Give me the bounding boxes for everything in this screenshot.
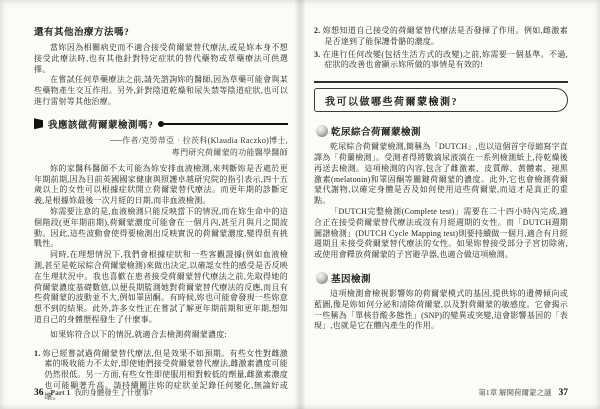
section-heading-box: 我可以做哪些荷爾蒙檢測?	[314, 88, 568, 112]
item-text: 妳想知道自己接受的荷爾蒙替代療法是否發揮了作用。例如,雌激素是否達到了能保護骨骼…	[323, 26, 568, 46]
sphere-bullet-icon	[316, 272, 328, 284]
paragraph: 同時,在理想情況下,我們會根據症狀和一些客觀證據(例如血液檢測,甚至是乾尿綜合荷…	[34, 250, 288, 326]
section-separator-rule	[314, 81, 568, 83]
heading-other-treatments: 還有其他治療方法嗎?	[34, 24, 288, 38]
paragraph: 這項檢測會檢視影響妳的荷爾蒙模式的基因,提供妳的遺傳傾向或藍圖,像是妳如何分泌和…	[314, 289, 568, 332]
paragraph: 妳需要注意的是,血液檢測只能反映當下的情況,而在妳生命中的這個階段(更年期前期)…	[34, 207, 288, 250]
subsection-genetic: 基因檢測 這項檢測會檢視影響妳的荷爾蒙模式的基因,提供妳的遺傳傾向或藍圖,像是妳…	[314, 271, 568, 332]
paragraph: 乾尿綜合荷爾蒙檢測,簡稱為「DUTCH」,也以這個首字母縮寫字直譯為「荷蘭檢測」…	[314, 142, 568, 207]
subsection-title-row: 乾尿綜合荷爾蒙檢測	[316, 124, 568, 138]
section-heading: 我應該做荷爾蒙檢測嗎?	[48, 117, 153, 131]
page-right: 2. 妳想知道自己接受的荷爾蒙替代療法是否發揮了作用。例如,雌激素是否達到了能保…	[300, 0, 600, 409]
item-text: 在進行任何改變(包括生活方式的改變)之前,妳需要一個基準。不過,症狀的改善也會顯…	[323, 50, 568, 70]
book-spread: 還有其他治療方法嗎? 當妳因為相關病史而不適合接受荷爾蒙替代療法,或是妳本身不想…	[0, 0, 600, 409]
page-number: 36	[34, 388, 44, 398]
paragraph: 「DUTCH完整檢測(Complete test)」需要在二十四小時內完成,適合…	[314, 207, 568, 261]
list-intro: 如果妳符合以下的情況,就適合去檢測荷爾蒙濃度:	[34, 330, 288, 341]
page-number: 37	[559, 388, 569, 398]
attribution-line: 專門研究荷爾蒙的功能醫學醫師	[34, 147, 288, 159]
page-left: 還有其他治療方法嗎? 當妳因為相關病史而不適合接受荷爾蒙替代療法,或是妳本身不想…	[0, 0, 300, 409]
author-attribution: ──作者/克勞蒂亞‧拉茨科(Klaudia Raczko)博士, 專門研究荷爾蒙…	[34, 135, 288, 159]
section-heading-row: 我應該做荷爾蒙檢測嗎?	[34, 117, 288, 131]
item-number: 1.	[34, 349, 40, 358]
item-number: 3.	[314, 50, 320, 59]
subsection-title-row: 基因檢測	[316, 271, 568, 285]
paragraph: 在嘗試任何草藥療法之前,請先諮詢妳的醫師,因為草藥可能會與某些藥物產生交互作用。…	[34, 75, 288, 107]
attribution-line: ──作者/克勞蒂亞‧拉茨科(Klaudia Raczko)博士,	[34, 135, 288, 147]
subsection-title: 乾尿綜合荷爾蒙檢測	[331, 124, 421, 138]
footer-section-title: 我的身體發生了什麼事?	[74, 387, 152, 398]
numbered-item: 2. 妳想知道自己接受的荷爾蒙替代療法是否發揮了作用。例如,雌激素是否達到了能保…	[314, 26, 568, 48]
item-number: 2.	[314, 26, 320, 35]
sphere-bullet-icon	[316, 125, 328, 137]
ribbon-marker-icon	[34, 118, 43, 129]
paragraph: 妳的家醫科醫師不太可能為妳安排血液檢測,來判斷妳是否處於更年期前期,因為目前英國…	[34, 164, 288, 207]
page-footer-right: 第1章 解開荷爾蒙之謎 37	[478, 387, 568, 398]
numbered-item: 3. 在進行任何改變(包括生活方式的改變)之前,妳需要一個基準。不過,症狀的改善…	[314, 50, 568, 72]
subsection-dutch: 乾尿綜合荷爾蒙檢測 乾尿綜合荷爾蒙檢測,簡稱為「DUTCH」,也以這個首字母縮寫…	[314, 124, 568, 261]
rule-line	[163, 123, 288, 125]
page-footer-left: 36 Part 1 我的身體發生了什麼事?	[34, 387, 153, 398]
footer-section-label: Part 1	[51, 388, 71, 397]
paragraph: 當妳因為相關病史而不適合接受荷爾蒙替代療法,或是妳本身不想接受此療法時,也有其他…	[34, 43, 288, 75]
subsection-title: 基因檢測	[331, 271, 371, 285]
footer-chapter-title: 第1章 解開荷爾蒙之謎	[478, 387, 551, 398]
heading-rule-decoration	[158, 121, 288, 127]
